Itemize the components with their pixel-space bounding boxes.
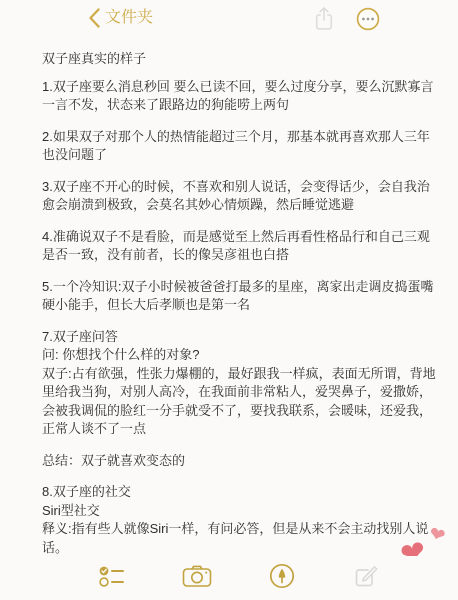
checklist-icon[interactable]	[96, 561, 130, 591]
camera-icon[interactable]	[180, 561, 214, 591]
compose-icon[interactable]	[349, 561, 383, 591]
notes-app-screen: 文件夹 双子座真实的样子 1.双子座要么消息秒回 要么已读不回，要么过度分享，要…	[0, 0, 458, 600]
note-editor[interactable]: 双子座真实的样子 1.双子座要么消息秒回 要么已读不回，要么过度分享，要么沉默寡…	[0, 38, 458, 554]
nav-bar: 文件夹	[0, 0, 458, 38]
back-chevron-icon	[88, 8, 100, 28]
back-button-label: 文件夹	[105, 6, 153, 30]
back-to-folder-button[interactable]: 文件夹	[88, 6, 153, 30]
note-paragraph: 1.双子座要么消息秒回 要么已读不回，要么过度分享，要么沉默寡言 一言不发，状态…	[42, 78, 442, 115]
note-paragraph: 4.准确说双子不是看脸，而是感觉至上然后再看性格品行和自己三观 是否一致，没有前…	[42, 228, 442, 265]
note-paragraph: 3.双子座不开心的时候，不喜欢和别人说话，会变得话少，会自我治 愈会崩溃到极致，…	[42, 178, 442, 215]
note-paragraph: 5.一个冷知识:双子小时候被爸爸打最多的星座，离家出走调皮捣蛋嘴 硬小能手，但长…	[42, 278, 442, 315]
note-paragraph: 2.如果双子对那个人的热情能超过三个月，那基本就再喜欢那人三年 也没问题了	[42, 128, 442, 165]
more-ellipsis-icon[interactable]	[356, 7, 380, 31]
note-title: 双子座真实的样子	[42, 50, 442, 69]
note-paragraph-social: 8.双子座的社交 Siri型社交 释义:指有些人就像Siri一样，有问必答，但是…	[42, 483, 442, 557]
note-paragraph-qa: 7.双子座问答 问: 你想找个什么样的对象? 双子:占有欲强，性张力爆棚的，最好…	[42, 328, 442, 439]
bottom-toolbar	[0, 556, 458, 600]
note-paragraph-summary: 总结：双子就喜欢变态的	[42, 452, 442, 471]
markup-icon[interactable]	[265, 561, 299, 591]
share-icon[interactable]	[313, 6, 335, 32]
